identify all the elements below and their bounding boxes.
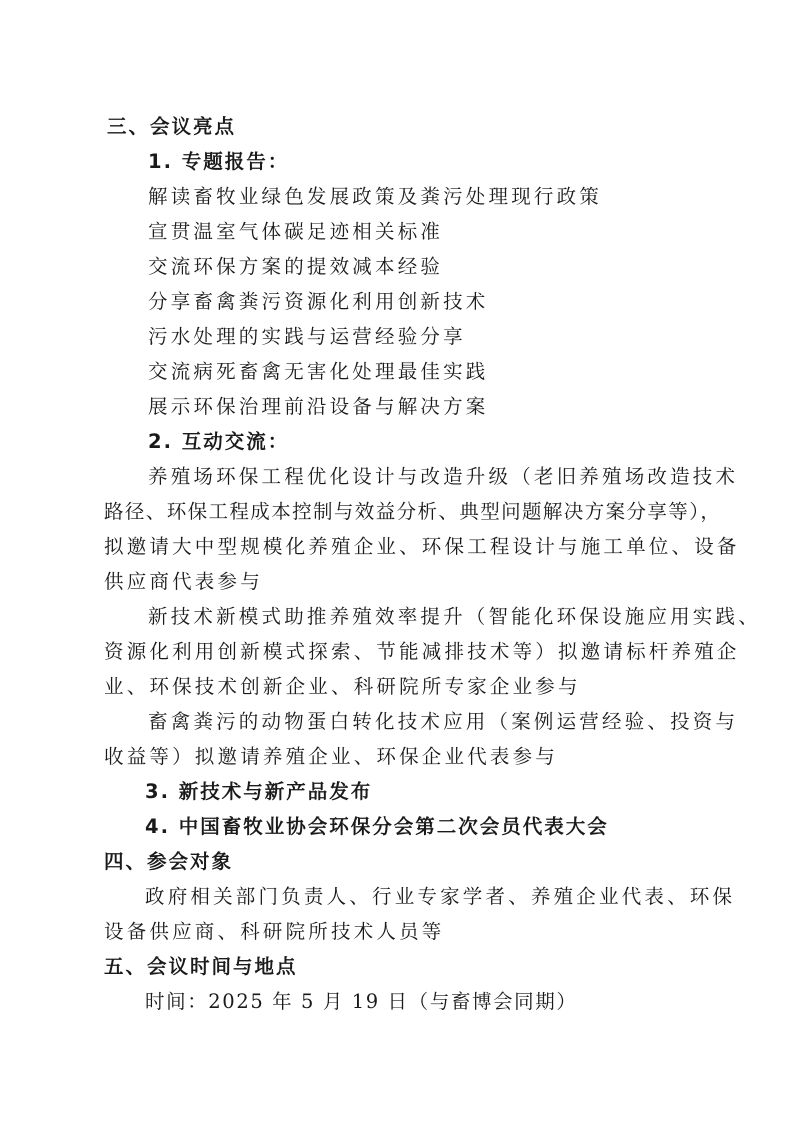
paragraph-line: 新技术新模式助推养殖效率提升（智能化环保设施应用实践、 <box>148 603 761 631</box>
report-item: 交流病死畜禽无害化处理最佳实践 <box>148 358 489 386</box>
paragraph-line: 养殖场环保工程优化设计与改造升级（老旧养殖场改造技术 <box>148 463 738 491</box>
section-heading-time-place: 五、会议时间与地点 <box>104 953 298 981</box>
subsection-title-member-congress: 4. 中国畜牧业协会环保分会第二次会员代表大会 <box>145 813 609 841</box>
section-heading-attendees: 四、参会对象 <box>104 848 233 876</box>
report-item: 解读畜牧业绿色发展政策及粪污处理现行政策 <box>148 183 602 211</box>
report-item: 展示环保治理前沿设备与解决方案 <box>148 393 489 421</box>
paragraph-line: 政府相关部门负责人、行业专家学者、养殖企业代表、环保 <box>145 883 735 911</box>
paragraph-line: 收益等）拟邀请养殖企业、环保企业代表参与 <box>104 743 558 771</box>
paragraph-line: 设备供应商、科研院所技术人员等 <box>104 918 445 946</box>
paragraph-line: 资源化利用创新模式探索、节能减排技术等）拟邀请标杆养殖企 <box>104 638 740 666</box>
paragraph-line: 路径、环保工程成本控制与效益分析、典型问题解决方案分享等）， <box>104 498 721 526</box>
subsection-title-product-launch: 3. 新技术与新产品发布 <box>145 778 372 806</box>
report-item: 交流环保方案的提效减本经验 <box>148 253 443 281</box>
meeting-time: 时间：2025 年 5 月 19 日（与畜博会同期） <box>145 988 577 1016</box>
subsection-title-interaction: 2. 互动交流： <box>148 428 289 456</box>
report-item: 污水处理的实践与运营经验分享 <box>148 323 466 351</box>
paragraph-line: 业、环保技术创新企业、科研院所专家企业参与 <box>104 673 581 701</box>
document-page: 三、会议亮点 1. 专题报告： 解读畜牧业绿色发展政策及粪污处理现行政策 宣贯温… <box>0 0 800 1131</box>
report-item: 分享畜禽粪污资源化利用创新技术 <box>148 288 489 316</box>
paragraph-line: 拟邀请大中型规模化养殖企业、环保工程设计与施工单位、设备 <box>104 533 740 561</box>
subsection-title-reports: 1. 专题报告： <box>148 148 289 176</box>
section-heading-highlights: 三、会议亮点 <box>107 113 236 141</box>
paragraph-line: 畜禽粪污的动物蛋白转化技术应用（案例运营经验、投资与 <box>148 708 738 736</box>
report-item: 宣贯温室气体碳足迹相关标准 <box>148 218 443 246</box>
paragraph-line: 供应商代表参与 <box>104 568 263 596</box>
